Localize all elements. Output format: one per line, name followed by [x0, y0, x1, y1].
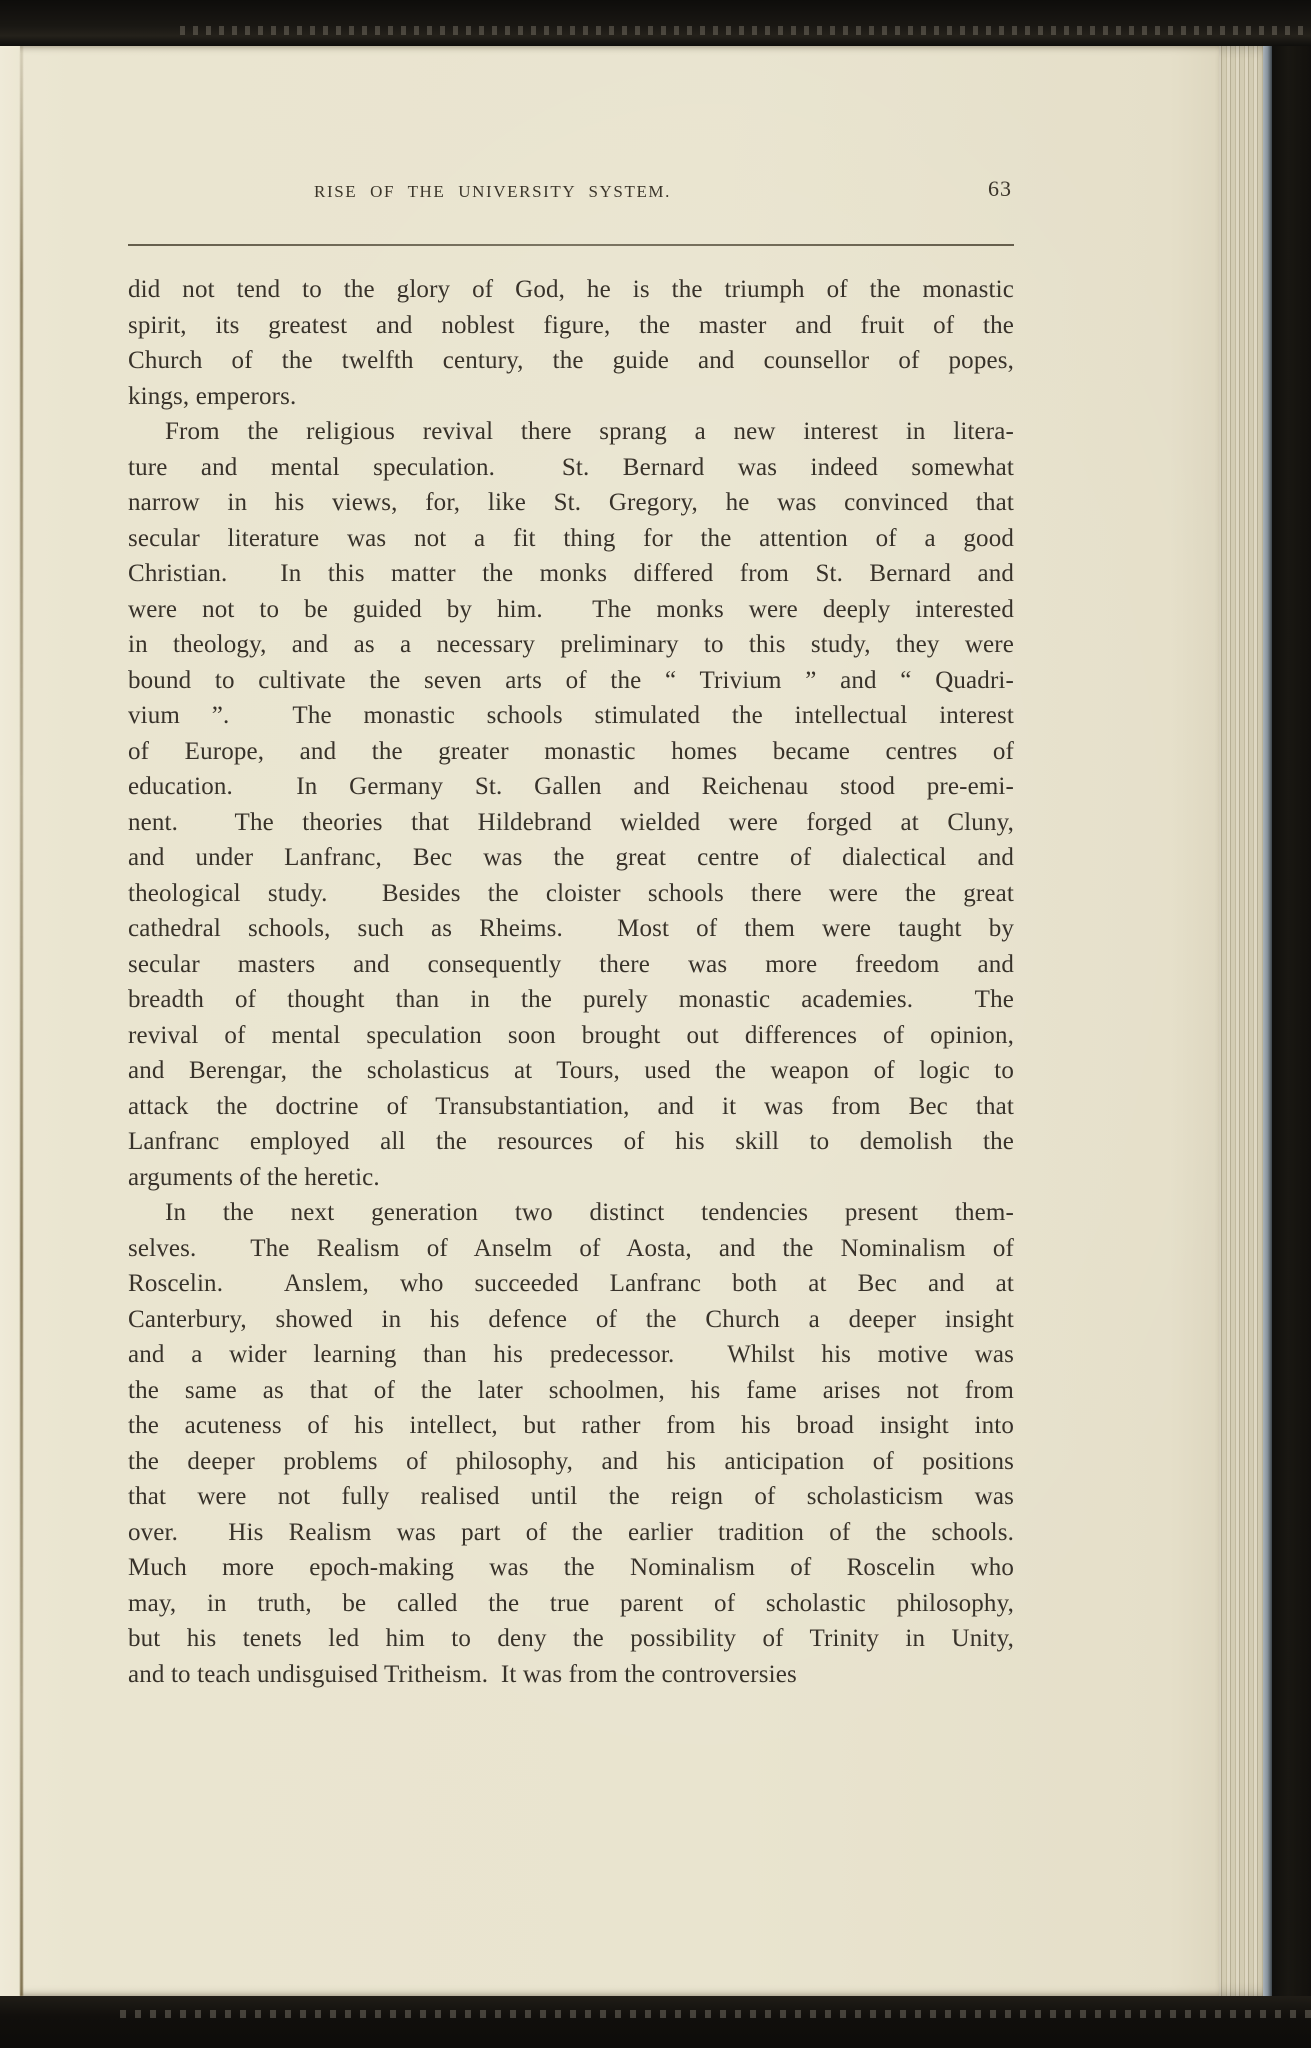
gutter-crease: [20, 46, 23, 1996]
text-line: vium ”. The monastic schools stimulated …: [128, 698, 1014, 734]
text-line: and a wider learning than his predecesso…: [128, 1337, 1014, 1373]
text-line: Much more epoch-making was the Nominalis…: [128, 1550, 1014, 1586]
header-rule: [128, 244, 1014, 246]
cover-stitching: [180, 26, 1311, 35]
text-line: secular literature was not a fit thing f…: [128, 521, 1014, 557]
text-line: attack the doctrine of Transubstantiatio…: [128, 1089, 1014, 1125]
text-line: Lanfranc employed all the resources of h…: [128, 1124, 1014, 1160]
text-line: that were not fully realised until the r…: [128, 1479, 1014, 1515]
text-line: and under Lanfranc, Bec was the great ce…: [128, 840, 1014, 876]
running-title: RISE OF THE UNIVERSITY SYSTEM.: [314, 182, 671, 202]
text-line: spirit, its greatest and noblest figure,…: [128, 308, 1014, 344]
text-line: may, in truth, be called the true parent…: [128, 1586, 1014, 1622]
text-line: bound to cultivate the seven arts of the…: [128, 663, 1014, 699]
text-line: revival of mental speculation soon broug…: [128, 1018, 1014, 1054]
text-line: breadth of thought than in the purely mo…: [128, 982, 1014, 1018]
text-line: Church of the twelfth century, the guide…: [128, 343, 1014, 379]
text-line: selves. The Realism of Anselm of Aosta, …: [128, 1231, 1014, 1267]
text-line: but his tenets led him to deny the possi…: [128, 1621, 1014, 1657]
text-line: Roscelin. Anslem, who succeeded Lanfranc…: [128, 1266, 1014, 1302]
text-line: of Europe, and the greater monastic home…: [128, 734, 1014, 770]
endpaper-sliver: [1263, 38, 1272, 2004]
text-line: did not tend to the glory of God, he is …: [128, 272, 1014, 308]
text-line: secular masters and consequently there w…: [128, 947, 1014, 983]
text-line: were not to be guided by him. The monks …: [128, 592, 1014, 628]
text-line: In the next generation two distinct tend…: [128, 1195, 1014, 1231]
text-line: Canterbury, showed in his defence of the…: [128, 1302, 1014, 1338]
text-block: did not tend to the glory of God, he is …: [128, 272, 1014, 1692]
scanned-book-photo: RISE OF THE UNIVERSITY SYSTEM. 63 did no…: [0, 0, 1311, 2048]
text-line: education. In Germany St. Gallen and Rei…: [128, 769, 1014, 805]
text-line: arguments of the heretic.: [128, 1160, 1014, 1196]
text-line: and Berengar, the scholasticus at Tours,…: [128, 1053, 1014, 1089]
cover-stitching: [120, 2010, 1311, 2018]
text-line: cathedral schools, such as Rheims. Most …: [128, 911, 1014, 947]
book-cover-top: [0, 0, 1311, 46]
text-line: kings, emperors.: [128, 379, 1014, 415]
text-line: the acuteness of his intellect, but rath…: [128, 1408, 1014, 1444]
text-line: nent. The theories that Hildebrand wield…: [128, 805, 1014, 841]
text-line: the deeper problems of philosophy, and h…: [128, 1444, 1014, 1480]
fore-edge-page-stack: [1218, 40, 1264, 2002]
text-line: over. His Realism was part of the earlie…: [128, 1515, 1014, 1551]
book-cover-bottom: [0, 1996, 1311, 2048]
text-line: and to teach undisguised Tritheism. It w…: [128, 1657, 1014, 1693]
gutter-margin: [0, 46, 20, 1996]
text-line: From the religious revival there sprang …: [128, 414, 1014, 450]
text-line: narrow in his views, for, like St. Grego…: [128, 485, 1014, 521]
page-number: 63: [988, 176, 1012, 202]
text-line: the same as that of the later schoolmen,…: [128, 1373, 1014, 1409]
page-header: RISE OF THE UNIVERSITY SYSTEM. 63: [128, 176, 1014, 212]
text-line: in theology, and as a necessary prelimin…: [128, 627, 1014, 663]
text-line: ture and mental speculation. St. Bernard…: [128, 450, 1014, 486]
text-line: Christian. In this matter the monks diff…: [128, 556, 1014, 592]
text-line: theological study. Besides the cloister …: [128, 876, 1014, 912]
book-cover-right: [1270, 0, 1311, 2048]
